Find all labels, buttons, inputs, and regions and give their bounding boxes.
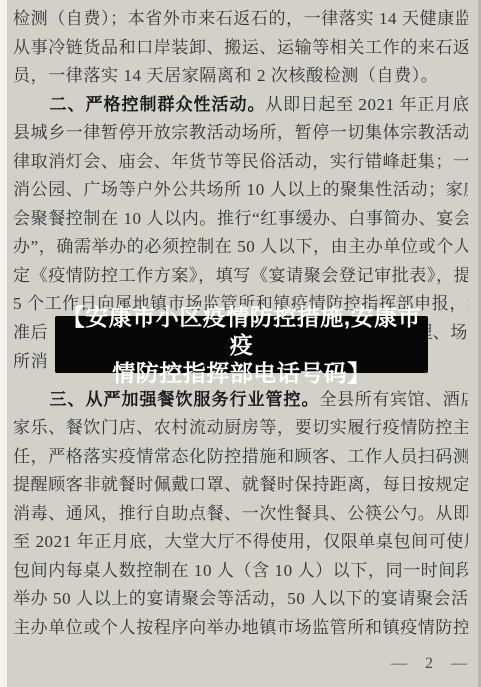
- section-heading-line: 三、从严加强餐饮服务行业管控。全县所有宾馆、酒店、农: [13, 386, 468, 415]
- text-line: 任，严格落实疫情常态化防控措施和顾客、工作人员扫码测温，: [13, 443, 468, 472]
- body-text: 家乐、餐饮门店、农村流动厨房等，要切实履行疫情防控主体责: [13, 418, 468, 437]
- scanned-document-page: 检测（自费）；本省外市来石返石的，一律落实 14 天健康监测；从事冷链货品和口岸…: [0, 0, 481, 687]
- overlay-title-line2: 情防控指挥部电话号码】: [112, 359, 371, 387]
- text-line: 会聚餐控制在 10 人以内。推行“红事缓办、白事简办、宴会不: [13, 205, 468, 234]
- text-line: 定《疫情防控工作方案》，填写《宴请聚会登记审批表》，提前: [13, 262, 468, 291]
- text-line: 家乐、餐饮门店、农村流动厨房等，要切实履行疫情防控主体责: [13, 414, 468, 443]
- section-heading: 二、严格控制群众性活动。: [50, 95, 266, 114]
- text-line: 从事冷链货品和口岸装卸、搬运、运输等相关工作的来石返石人: [13, 34, 468, 63]
- body-text: 消公园、广场等户外公共场所 10 人以上的聚集性活动；家庭聚: [13, 180, 468, 199]
- body-text: 员，一律落实 14 天居家隔离和 2 次核酸检测（自费）。: [13, 66, 438, 85]
- body-text: 检测（自费）；本省外市来石返石的，一律落实 14 天健康监测；: [13, 9, 468, 28]
- body-text: 办”，确需举办的必须控制在 50 人以下，由主办单位或个人制: [13, 237, 468, 256]
- text-line: 办”，确需举办的必须控制在 50 人以下，由主办单位或个人制: [13, 233, 468, 262]
- body-text: 至 2021 年正月底，大堂大厅不得使用，仅限单桌包间可使用，: [13, 532, 468, 551]
- body-text: 会聚餐控制在 10 人以内。推行“红事缓办、白事简办、宴会不: [13, 209, 468, 228]
- title-watermark-overlay: 【安康市小区疫情防控措施,安康市疫 情防控指挥部电话号码】: [55, 316, 428, 373]
- body-text: 任，严格落实疫情常态化防控措施和顾客、工作人员扫码测温，: [13, 447, 468, 466]
- body-text: 提醒顾客非就餐时佩戴口罩、就餐时保持距离，每日按规定频次: [13, 475, 468, 494]
- section-heading: 三、从严加强餐饮服务行业管控。: [50, 390, 320, 409]
- body-text: 消毒、通风，推行自助点餐、一次性餐具、公筷公勺。从即日起: [13, 504, 468, 523]
- body-text: 全县所有宾馆、酒店、农: [320, 390, 468, 409]
- text-line: 消毒、通风，推行自助点餐、一次性餐具、公筷公勺。从即日起: [13, 500, 468, 529]
- text-line: 提醒顾客非就餐时佩戴口罩、就餐时保持距离，每日按规定频次: [13, 471, 468, 500]
- text-line: 主办单位或个人按程序向举办地镇市场监管所和镇疫情防控指: [13, 614, 468, 643]
- text-line: 举办 50 人以上的宴请聚会等活动，50 人以下的宴请聚会活动由: [13, 585, 468, 614]
- text-line: 至 2021 年正月底，大堂大厅不得使用，仅限单桌包间可使用，: [13, 528, 468, 557]
- body-text: 从即日起至 2021 年正月底，全: [266, 95, 468, 114]
- body-text: 定《疫情防控工作方案》，填写《宴请聚会登记审批表》，提前: [13, 266, 468, 285]
- page-number: — 2 —: [391, 655, 474, 673]
- visible-fragment-left: 所消: [13, 348, 48, 377]
- text-line: 消公园、广场等户外公共场所 10 人以上的聚集性活动；家庭聚: [13, 176, 468, 205]
- body-text: 从事冷链货品和口岸装卸、搬运、运输等相关工作的来石返石人: [13, 38, 468, 57]
- visible-fragment-left: 准后: [13, 319, 48, 348]
- text-line: 检测（自费）；本省外市来石返石的，一律落实 14 天健康监测；: [13, 5, 468, 34]
- body-text: 主办单位或个人按程序向举办地镇市场监管所和镇疫情防控指: [13, 618, 468, 637]
- text-line: 县城乡一律暂停开放宗教活动场所，暂停一切集体宗教活动；一: [13, 119, 468, 148]
- body-text: 县城乡一律暂停开放宗教活动场所，暂停一切集体宗教活动；一: [13, 123, 468, 142]
- section-heading-line: 二、严格控制群众性活动。从即日起至 2021 年正月底，全: [13, 91, 468, 120]
- page-left-edge: [0, 0, 7, 687]
- text-line: 律取消灯会、庙会、年货节等民俗活动，实行错峰赶集；一律取: [13, 148, 468, 177]
- body-text: 律取消灯会、庙会、年货节等民俗活动，实行错峰赶集；一律取: [13, 152, 468, 171]
- body-text: 举办 50 人以上的宴请聚会等活动，50 人以下的宴请聚会活动由: [13, 589, 468, 608]
- text-line: 包间内每桌人数控制在 10 人（含 10 人）以下，同一时间段不得: [13, 557, 468, 586]
- overlay-title-line1: 【安康市小区疫情防控措施,安康市疫: [55, 303, 428, 359]
- body-text: 包间内每桌人数控制在 10 人（含 10 人）以下，同一时间段不得: [13, 561, 468, 580]
- text-line: 员，一律落实 14 天居家隔离和 2 次核酸检测（自费）。: [13, 62, 468, 91]
